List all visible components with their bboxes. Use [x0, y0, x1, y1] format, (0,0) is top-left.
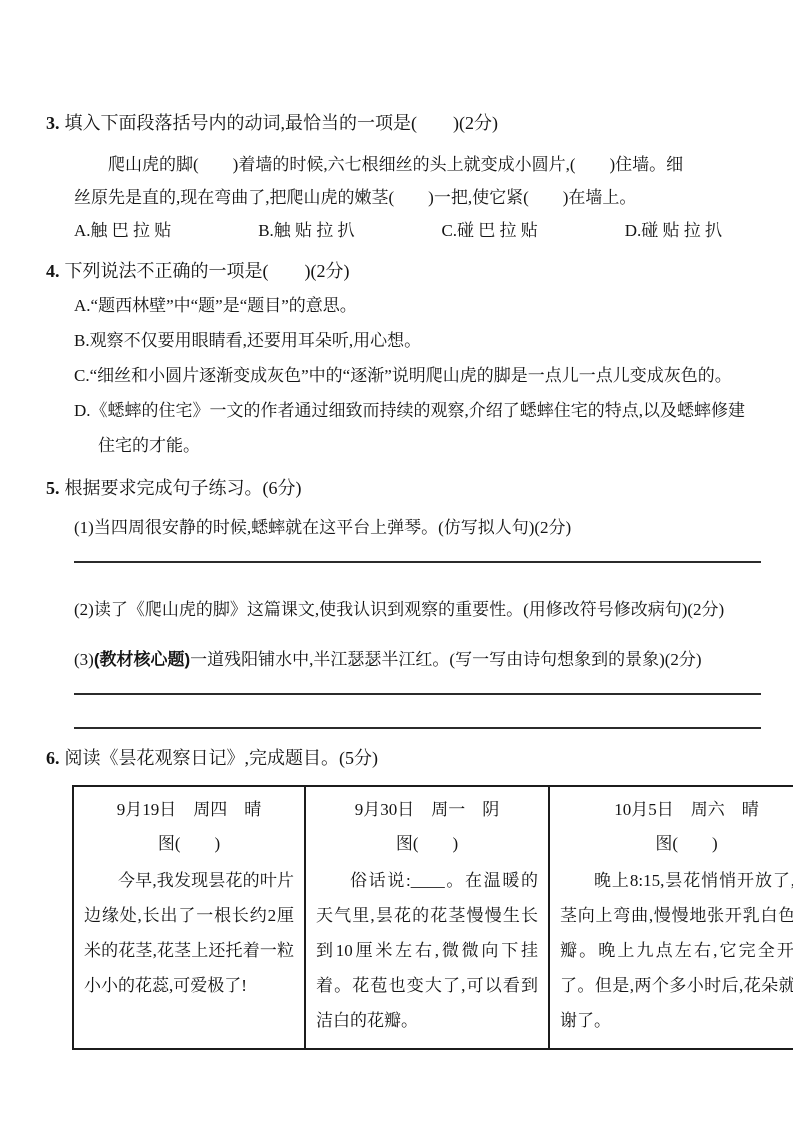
question-4-prompt: 下列说法不正确的一项是( )(2分) — [65, 261, 350, 281]
question-5-item-3-text: 一道残阳铺水中,半江瑟瑟半江红。 — [190, 650, 449, 669]
diary-cell-2: 9月30日 周一 阴 图( ) 俗话说:____。在温暖的天气里,昙花的花茎慢慢… — [305, 786, 549, 1049]
question-6-number: 6. — [46, 748, 60, 768]
question-5-item-2: (2)读了《爬山虎的脚》这篇课文,使我认识到观察的重要性。(用修改符号修改病句)… — [74, 593, 761, 627]
question-5-item-1: (1)当四周很安静的时候,蟋蟀就在这平台上弹琴。(仿写拟人句)(2分) — [74, 511, 761, 545]
question-5-number: 5. — [46, 478, 60, 498]
question-3-head: 3.填入下面段落括号内的动词,最恰当的一项是( )(2分) — [46, 106, 761, 140]
question-5-item-1-note: (仿写拟人句)(2分) — [438, 518, 571, 537]
question-5-head: 5.根据要求完成句子练习。(6分) — [46, 471, 761, 505]
question-6-head: 6.阅读《昙花观察日记》,完成题目。(5分) — [46, 741, 761, 775]
exam-page: 3.填入下面段落括号内的动词,最恰当的一项是( )(2分) 爬山虎的脚( )着墙… — [0, 0, 793, 1122]
question-3-prompt: 填入下面段落括号内的动词,最恰当的一项是( )(2分) — [65, 113, 498, 133]
core-question-tag: (教材核心题) — [94, 650, 190, 669]
diary-body: 今早,我发现昙花的叶片边缘处,长出了一根长约2厘米的花茎,花茎上还托着一粒小小的… — [84, 863, 294, 1003]
question-3-passage-line: 爬山虎的脚( )着墙的时候,六七根细丝的头上就变成小圆片,( )住墙。细 — [74, 148, 761, 181]
question-4-option-c: C.“细丝和小圆片逐渐变成灰色”中的“逐渐”说明爬山虎的脚是一点儿一点儿变成灰色… — [74, 358, 761, 393]
diary-cell-1: 9月19日 周四 晴 图( ) 今早,我发现昙花的叶片边缘处,长出了一根长约2厘… — [73, 786, 305, 1049]
answer-line — [74, 561, 761, 563]
diary-figure-label: 图( ) — [84, 827, 294, 861]
diary-date: 10月5日 周六 晴 — [560, 793, 793, 827]
diary-body: 晚上8:15,昙花悄悄开放了,花茎向上弯曲,慢慢地张开乳白色花瓣。晚上九点左右,… — [560, 863, 793, 1038]
diary-body: 俗话说:____。在温暖的天气里,昙花的花茎慢慢生长到10厘米左右,微微向下挂着… — [316, 863, 538, 1038]
question-3: 3.填入下面段落括号内的动词,最恰当的一项是( )(2分) 爬山虎的脚( )着墙… — [46, 106, 761, 248]
question-3-option-a: A.触 巴 拉 贴 — [74, 214, 171, 248]
diary-figure-label: 图( ) — [560, 827, 793, 861]
diary-date: 9月19日 周四 晴 — [84, 793, 294, 827]
question-4: 4.下列说法不正确的一项是( )(2分) A.“题西林壁”中“题”是“题目”的意… — [46, 254, 761, 463]
exam-content: 3.填入下面段落括号内的动词,最恰当的一项是( )(2分) 爬山虎的脚( )着墙… — [0, 0, 793, 1050]
question-6-prompt: 阅读《昙花观察日记》,完成题目。(5分) — [65, 748, 379, 768]
question-6: 6.阅读《昙花观察日记》,完成题目。(5分) 9月19日 周四 晴 图( ) 今… — [46, 741, 761, 1050]
question-3-option-b: B.触 贴 拉 扒 — [258, 214, 354, 248]
question-3-option-d: D.碰 贴 拉 扒 — [625, 214, 722, 248]
question-3-number: 3. — [46, 113, 60, 133]
question-5-prompt: 根据要求完成句子练习。(6分) — [65, 478, 302, 498]
question-5-item-2-label: (2) — [74, 600, 94, 619]
question-3-options: A.触 巴 拉 贴 B.触 贴 拉 扒 C.碰 巴 拉 贴 D.碰 贴 拉 扒 — [74, 214, 722, 248]
question-5: 5.根据要求完成句子练习。(6分) (1)当四周很安静的时候,蟋蟀就在这平台上弹… — [46, 471, 761, 729]
question-4-option-a: A.“题西林壁”中“题”是“题目”的意思。 — [74, 288, 761, 323]
question-5-item-3: (3)(教材核心题)一道残阳铺水中,半江瑟瑟半江红。(写一写由诗句想象到的景象)… — [74, 643, 761, 677]
question-5-item-1-text: 当四周很安静的时候,蟋蟀就在这平台上弹琴。 — [94, 518, 438, 537]
diary-table: 9月19日 周四 晴 图( ) 今早,我发现昙花的叶片边缘处,长出了一根长约2厘… — [72, 785, 793, 1050]
question-3-passage-line: 丝原先是直的,现在弯曲了,把爬山虎的嫩茎( )一把,使它紧( )在墙上。 — [74, 181, 761, 214]
question-3-option-c: C.碰 巴 拉 贴 — [441, 214, 537, 248]
question-5-item-1-label: (1) — [74, 518, 94, 537]
question-4-option-d: D.《蟋蟀的住宅》一文的作者通过细致而持续的观察,介绍了蟋蟀住宅的特点,以及蟋蟀… — [74, 393, 761, 463]
question-5-item-3-note: (写一写由诗句想象到的景象)(2分) — [449, 650, 701, 669]
answer-line — [74, 693, 761, 695]
question-4-option-b: B.观察不仅要用眼睛看,还要用耳朵听,用心想。 — [74, 323, 761, 358]
question-5-item-2-text: 读了《爬山虎的脚》这篇课文,使我认识到观察的重要性。 — [94, 600, 523, 619]
question-4-head: 4.下列说法不正确的一项是( )(2分) — [46, 254, 761, 288]
answer-line — [74, 727, 761, 729]
question-5-item-2-note: (用修改符号修改病句)(2分) — [523, 600, 724, 619]
question-4-number: 4. — [46, 261, 60, 281]
question-5-item-3-label: (3) — [74, 650, 94, 669]
diary-cell-3: 10月5日 周六 晴 图( ) 晚上8:15,昙花悄悄开放了,花茎向上弯曲,慢慢… — [549, 786, 793, 1049]
diary-date: 9月30日 周一 阴 — [316, 793, 538, 827]
diary-figure-label: 图( ) — [316, 827, 538, 861]
